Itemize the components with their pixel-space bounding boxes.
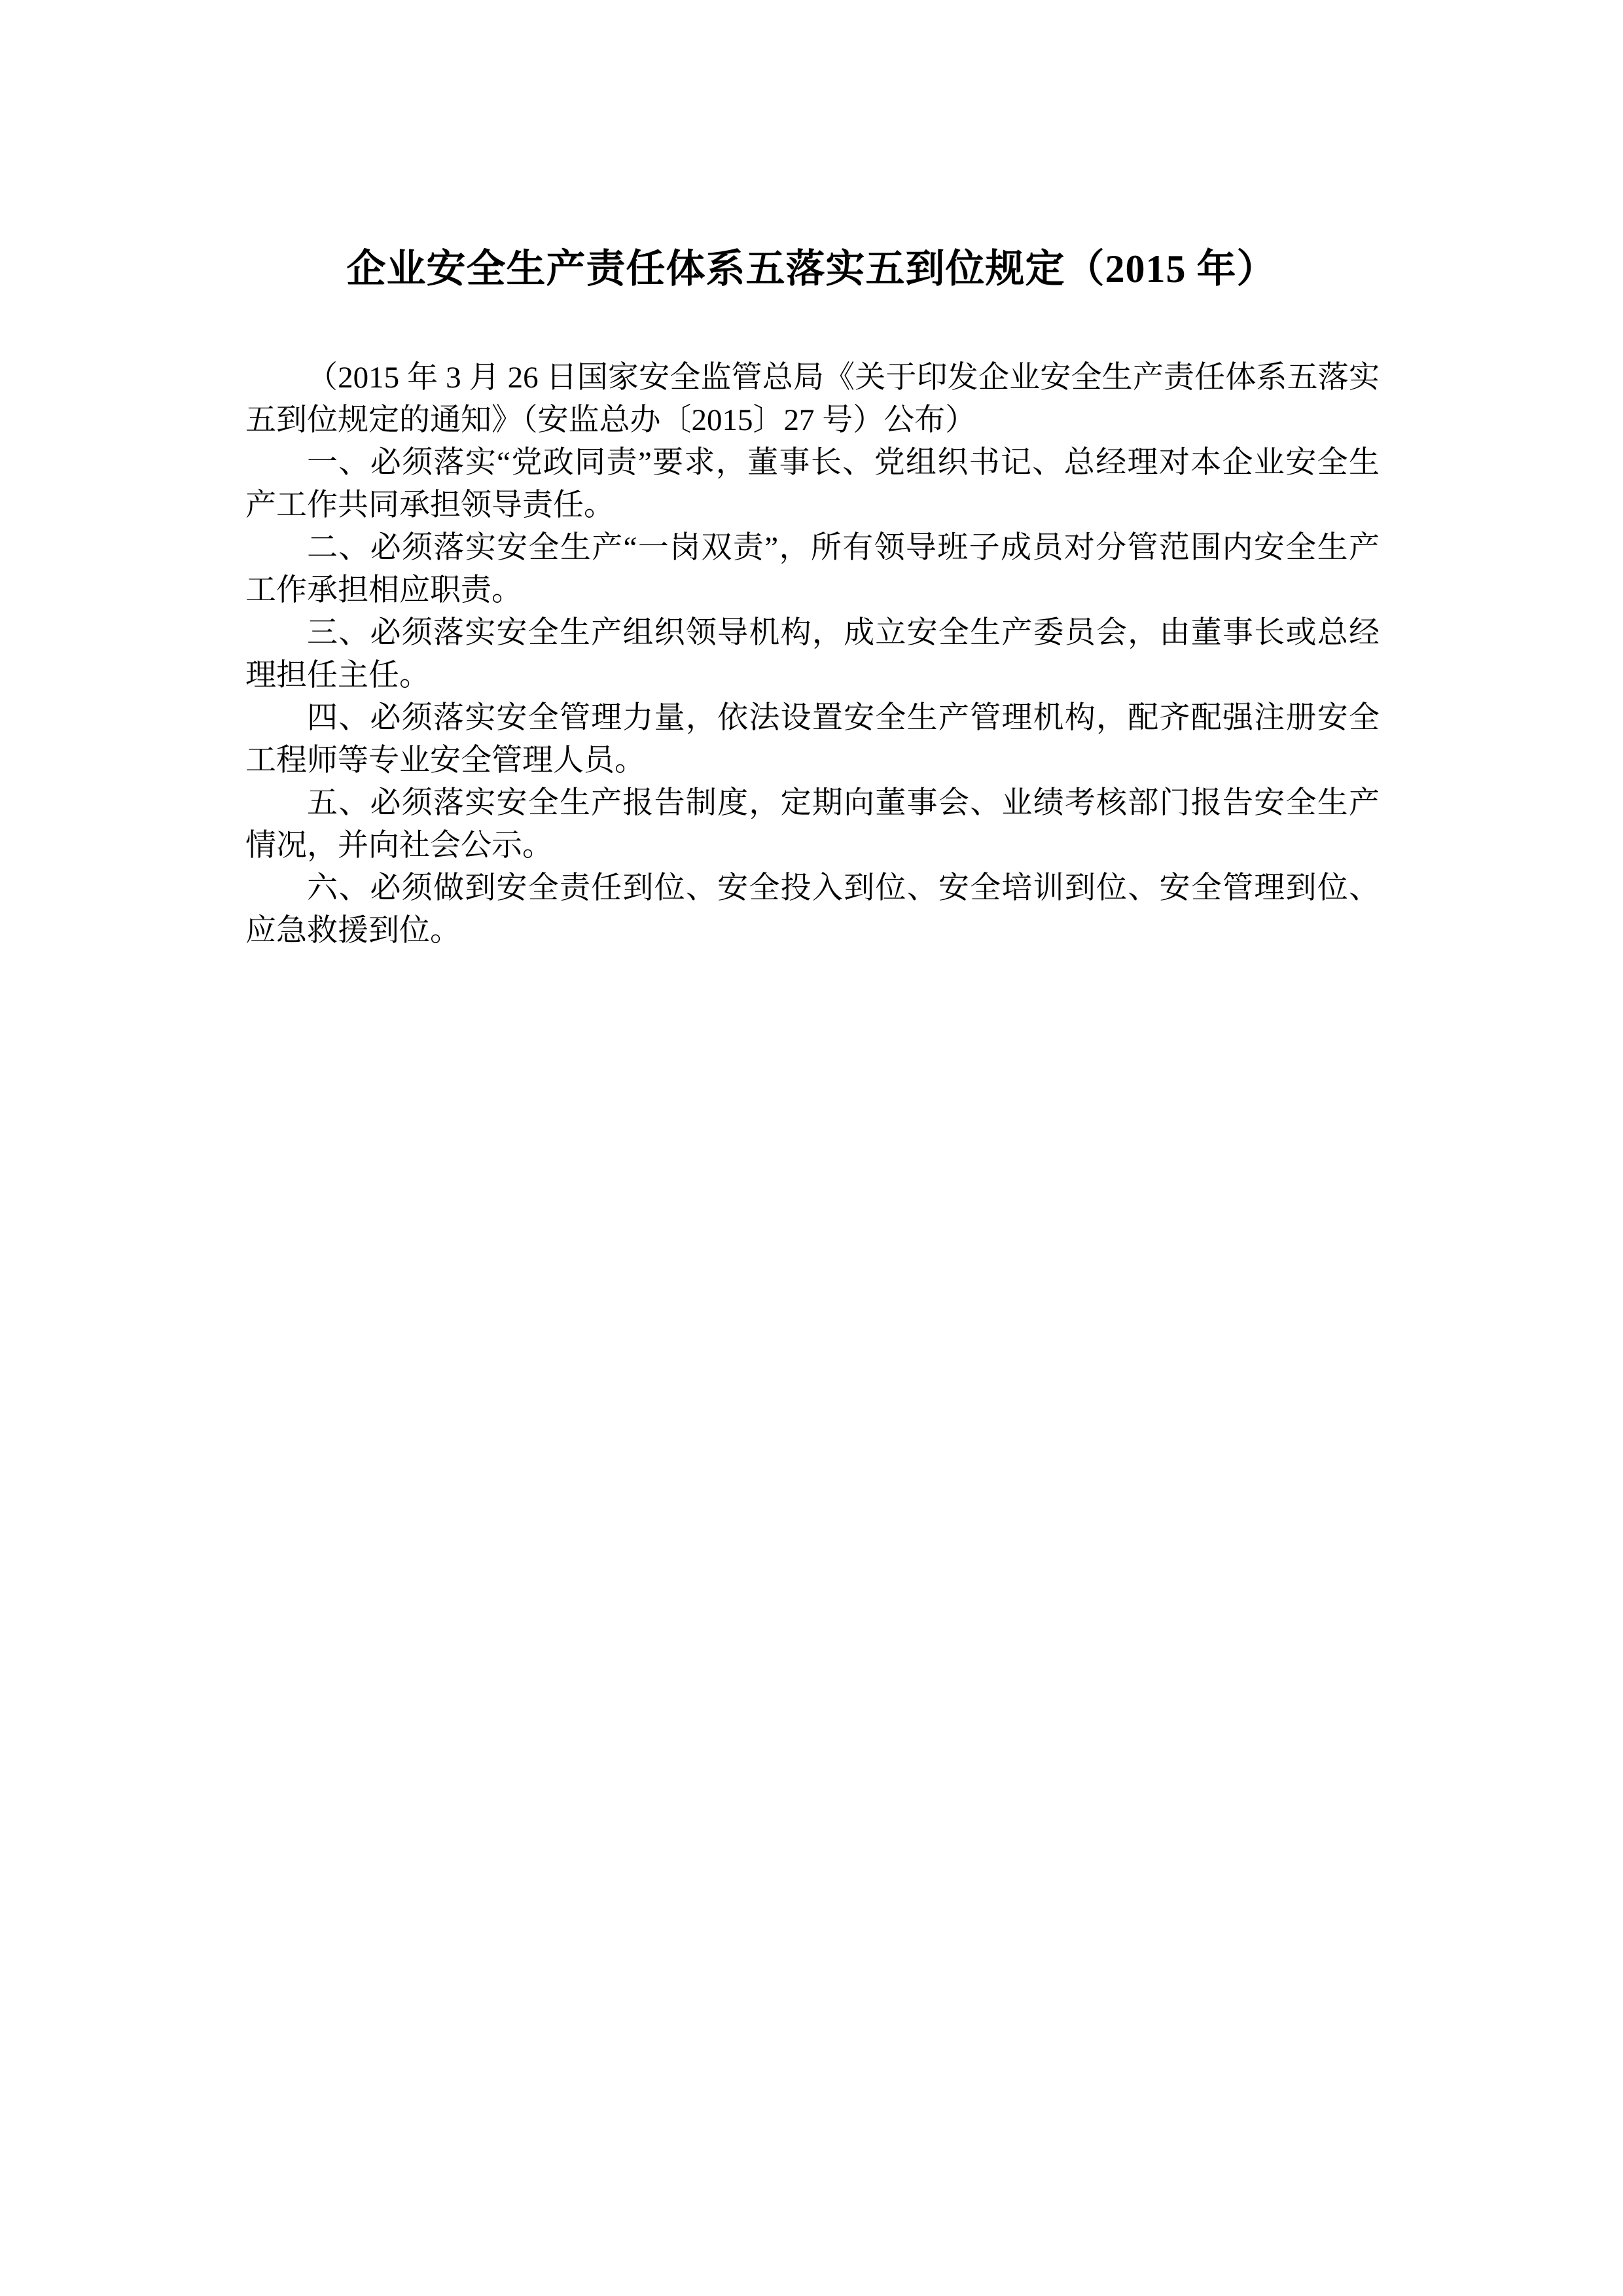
paragraph-item-4: 四、必须落实安全管理力量，依法设置安全生产管理机构，配齐配强注册安全工程师等专业… bbox=[245, 697, 1380, 782]
paragraph-item-6: 六、必须做到安全责任到位、安全投入到位、安全培训到位、安全管理到位、应急救援到位… bbox=[245, 867, 1380, 952]
paragraph-preamble: （2015 年 3 月 26 日国家安全监管总局《关于印发企业安全生产责任体系五… bbox=[245, 357, 1380, 442]
document-body: （2015 年 3 月 26 日国家安全监管总局《关于印发企业安全生产责任体系五… bbox=[0, 357, 1623, 952]
document-title: 企业安全生产责任体系五落实五到位规定（2015 年） bbox=[0, 0, 1623, 293]
paragraph-item-1: 一、必须落实“党政同责”要求，董事长、党组织书记、总经理对本企业安全生产工作共同… bbox=[245, 442, 1380, 527]
document-page: 企业安全生产责任体系五落实五到位规定（2015 年） （2015 年 3 月 2… bbox=[0, 0, 1623, 2296]
paragraph-item-2: 二、必须落实安全生产“一岗双责”，所有领导班子成员对分管范围内安全生产工作承担相… bbox=[245, 527, 1380, 612]
paragraph-item-5: 五、必须落实安全生产报告制度，定期向董事会、业绩考核部门报告安全生产情况，并向社… bbox=[245, 782, 1380, 867]
paragraph-item-3: 三、必须落实安全生产组织领导机构，成立安全生产委员会，由董事长或总经理担任主任。 bbox=[245, 612, 1380, 697]
